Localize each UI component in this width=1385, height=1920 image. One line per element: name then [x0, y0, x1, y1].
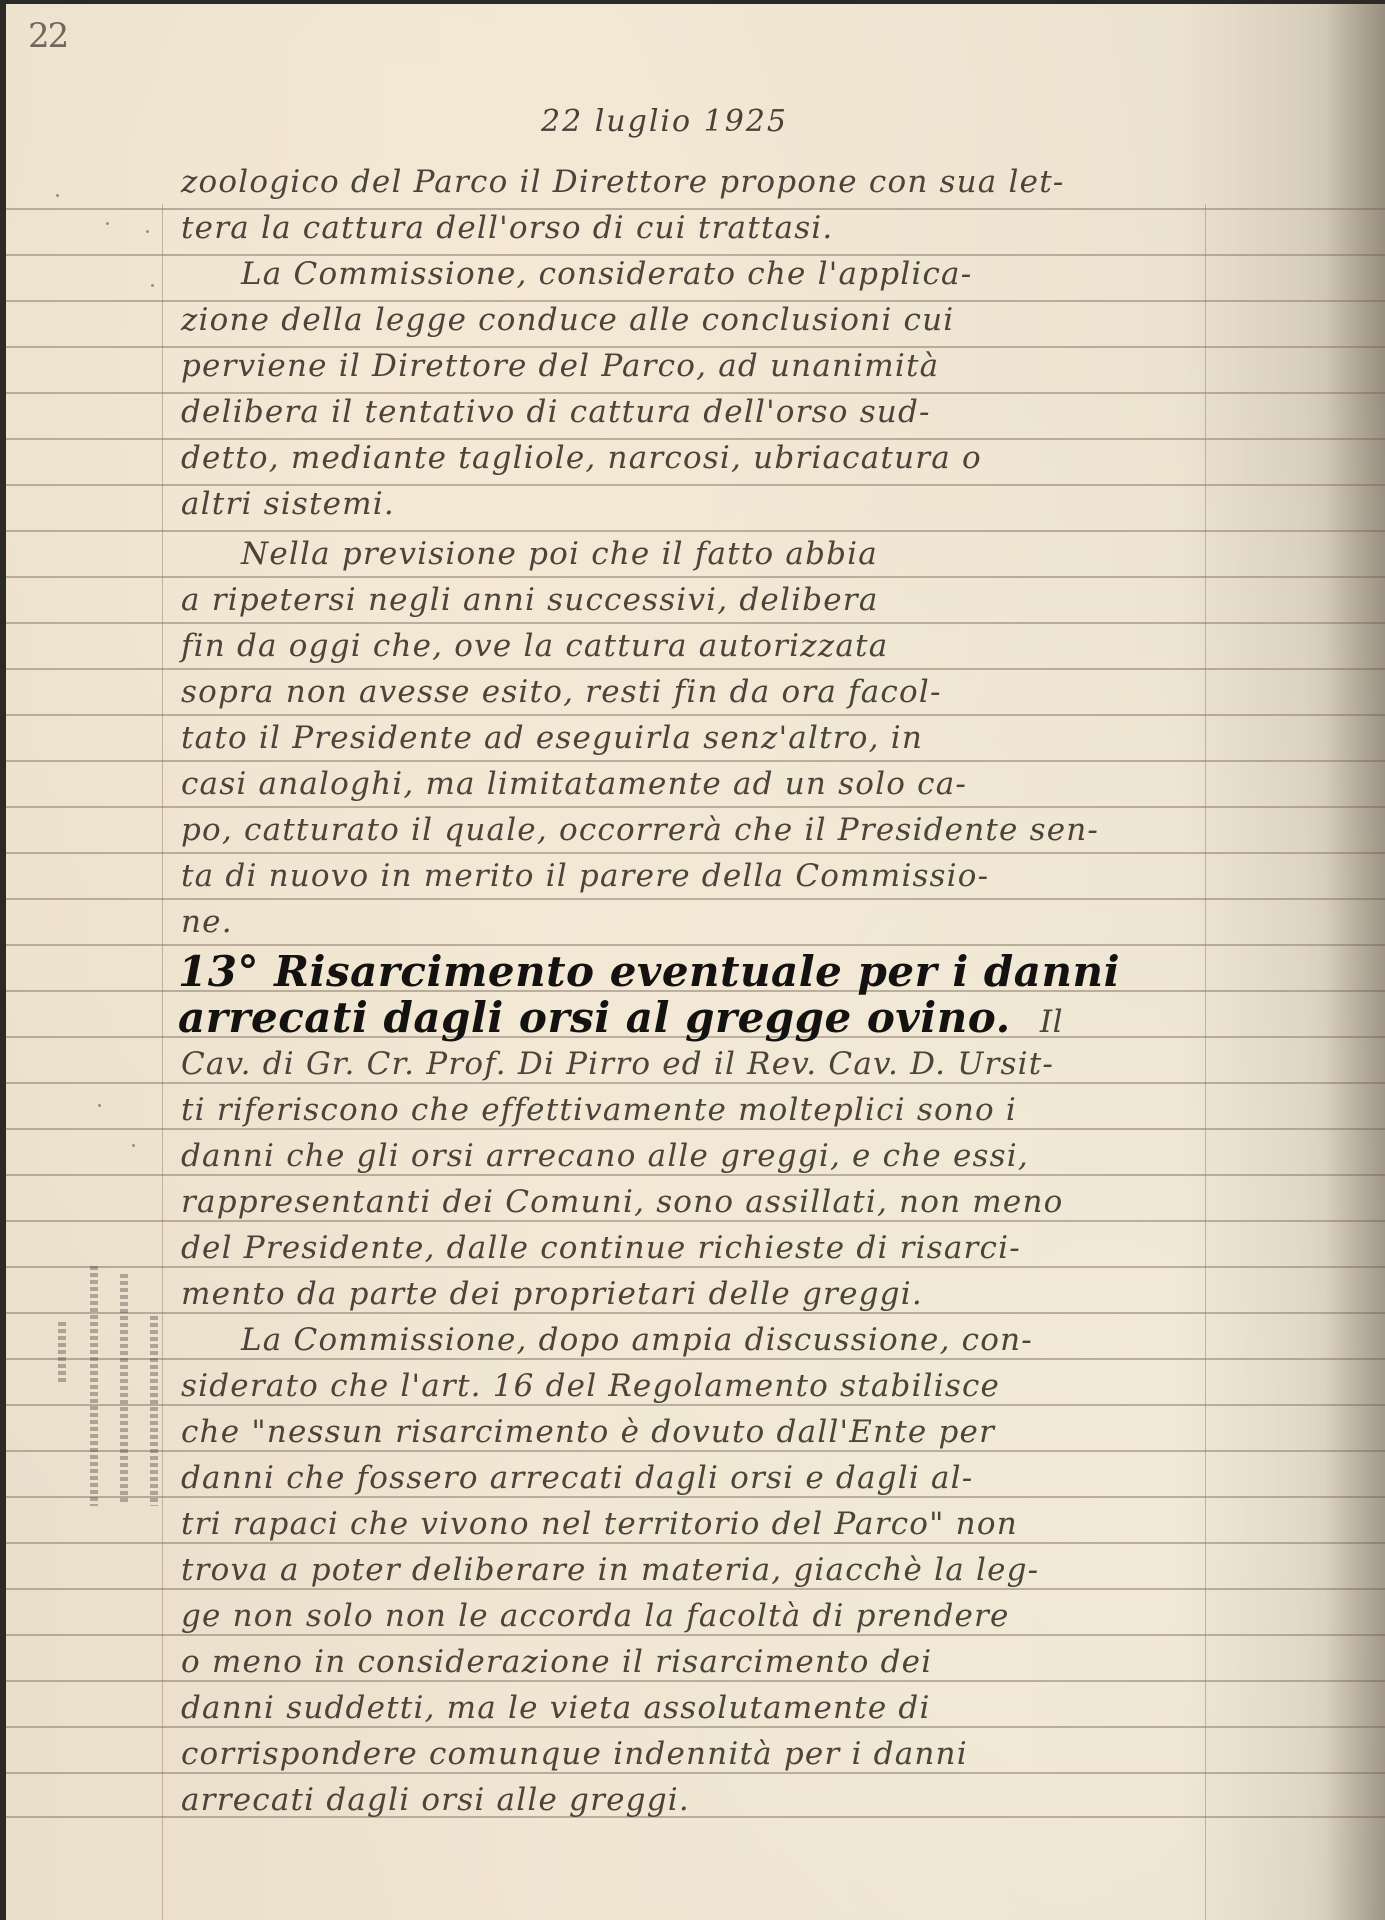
section-heading-line-2: arrecati dagli orsi al gregge ovino. Il	[178, 992, 1238, 1048]
paper-speck	[146, 230, 149, 233]
text-line: La Commissione, considerato che l'applic…	[241, 254, 1271, 294]
entry-date: 22 luglio 1925	[541, 104, 788, 139]
paper-speck	[56, 194, 59, 197]
ruled-line	[6, 714, 1385, 716]
margin-stamp-mark	[90, 1266, 98, 1506]
text-line: sopra non avesse esito, resti fin da ora…	[181, 672, 1211, 712]
ruled-line	[6, 806, 1385, 808]
text-line: tera la cattura dell'orso di cui trattas…	[181, 208, 1211, 248]
ruled-line	[6, 852, 1385, 854]
ruled-line	[6, 576, 1385, 578]
section-title-part-2: arrecati dagli orsi al gregge ovino.	[178, 993, 1011, 1042]
paper-speck	[106, 222, 109, 225]
text-line: mento da parte dei proprietari delle gre…	[181, 1274, 1211, 1314]
text-line: ne.	[181, 902, 1211, 942]
margin-stamp-mark	[150, 1316, 158, 1506]
paper-speck	[151, 284, 154, 287]
section-title-tail: Il	[1040, 1004, 1063, 1040]
margin-stamp-mark	[58, 1322, 66, 1382]
text-line: fin da oggi che, ove la cattura autorizz…	[181, 626, 1211, 666]
ruled-line	[6, 668, 1385, 670]
ruled-line	[6, 530, 1385, 532]
text-line: detto, mediante tagliole, narcosi, ubria…	[181, 438, 1211, 478]
text-line: o meno in considerazione il risarcimento…	[181, 1642, 1211, 1682]
text-line: tato il Presidente ad eseguirla senz'alt…	[181, 718, 1211, 758]
text-line: del Presidente, dalle continue richieste…	[181, 1228, 1211, 1268]
text-line: altri sistemi.	[181, 484, 1211, 524]
text-line: ti riferiscono che effettivamente moltep…	[181, 1090, 1211, 1130]
text-line: Nella previsione poi che il fatto abbia	[241, 534, 1271, 574]
text-line: po, catturato il quale, occorrerà che il…	[181, 810, 1211, 850]
text-line: ge non solo non le accorda la facoltà di…	[181, 1596, 1211, 1636]
ledger-page: 22 22 luglio 1925 zoologico del Parco il…	[6, 4, 1385, 1920]
text-line: zione della legge conduce alle conclusio…	[181, 300, 1211, 340]
text-line: rappresentanti dei Comuni, sono assillat…	[181, 1182, 1211, 1222]
text-line: siderato che l'art. 16 del Regolamento s…	[181, 1366, 1211, 1406]
text-line: delibera il tentativo di cattura dell'or…	[181, 392, 1211, 432]
ruled-line	[6, 622, 1385, 624]
ruled-line	[6, 898, 1385, 900]
text-line: che "nessun risarcimento è dovuto dall'E…	[181, 1412, 1211, 1452]
text-line: danni che fossero arrecati dagli orsi e …	[181, 1458, 1211, 1498]
text-line: perviene il Direttore del Parco, ad unan…	[181, 346, 1211, 386]
section-title-part-1: Risarcimento eventuale per i danni	[274, 947, 1120, 996]
text-line: casi analoghi, ma limitatamente ad un so…	[181, 764, 1211, 804]
section-heading-line-1: 13° Risarcimento eventuale per i danni	[178, 946, 1238, 998]
paper-speck	[132, 1144, 135, 1147]
left-margin-line	[162, 204, 163, 1920]
text-line: ta di nuovo in merito il parere della Co…	[181, 856, 1211, 896]
text-line: danni che gli orsi arrecano alle greggi,…	[181, 1136, 1211, 1176]
text-line: La Commissione, dopo ampia discussione, …	[241, 1320, 1271, 1360]
page-number: 22	[28, 16, 67, 56]
text-line: arrecati dagli orsi alle greggi.	[181, 1780, 1211, 1820]
text-line: zoologico del Parco il Direttore propone…	[181, 162, 1211, 202]
text-line: danni suddetti, ma le vieta assolutament…	[181, 1688, 1211, 1728]
section-number: 13°	[178, 947, 259, 996]
ruled-line	[6, 760, 1385, 762]
text-line: tri rapaci che vivono nel territorio del…	[181, 1504, 1211, 1544]
text-line: a ripetersi negli anni successivi, delib…	[181, 580, 1211, 620]
text-line: corrispondere comunque indennità per i d…	[181, 1734, 1211, 1774]
paper-speck	[98, 1104, 101, 1107]
margin-stamp-mark	[120, 1274, 128, 1504]
text-line: trova a poter deliberare in materia, gia…	[181, 1550, 1211, 1590]
text-line: Cav. di Gr. Cr. Prof. Di Pirro ed il Rev…	[181, 1044, 1211, 1084]
